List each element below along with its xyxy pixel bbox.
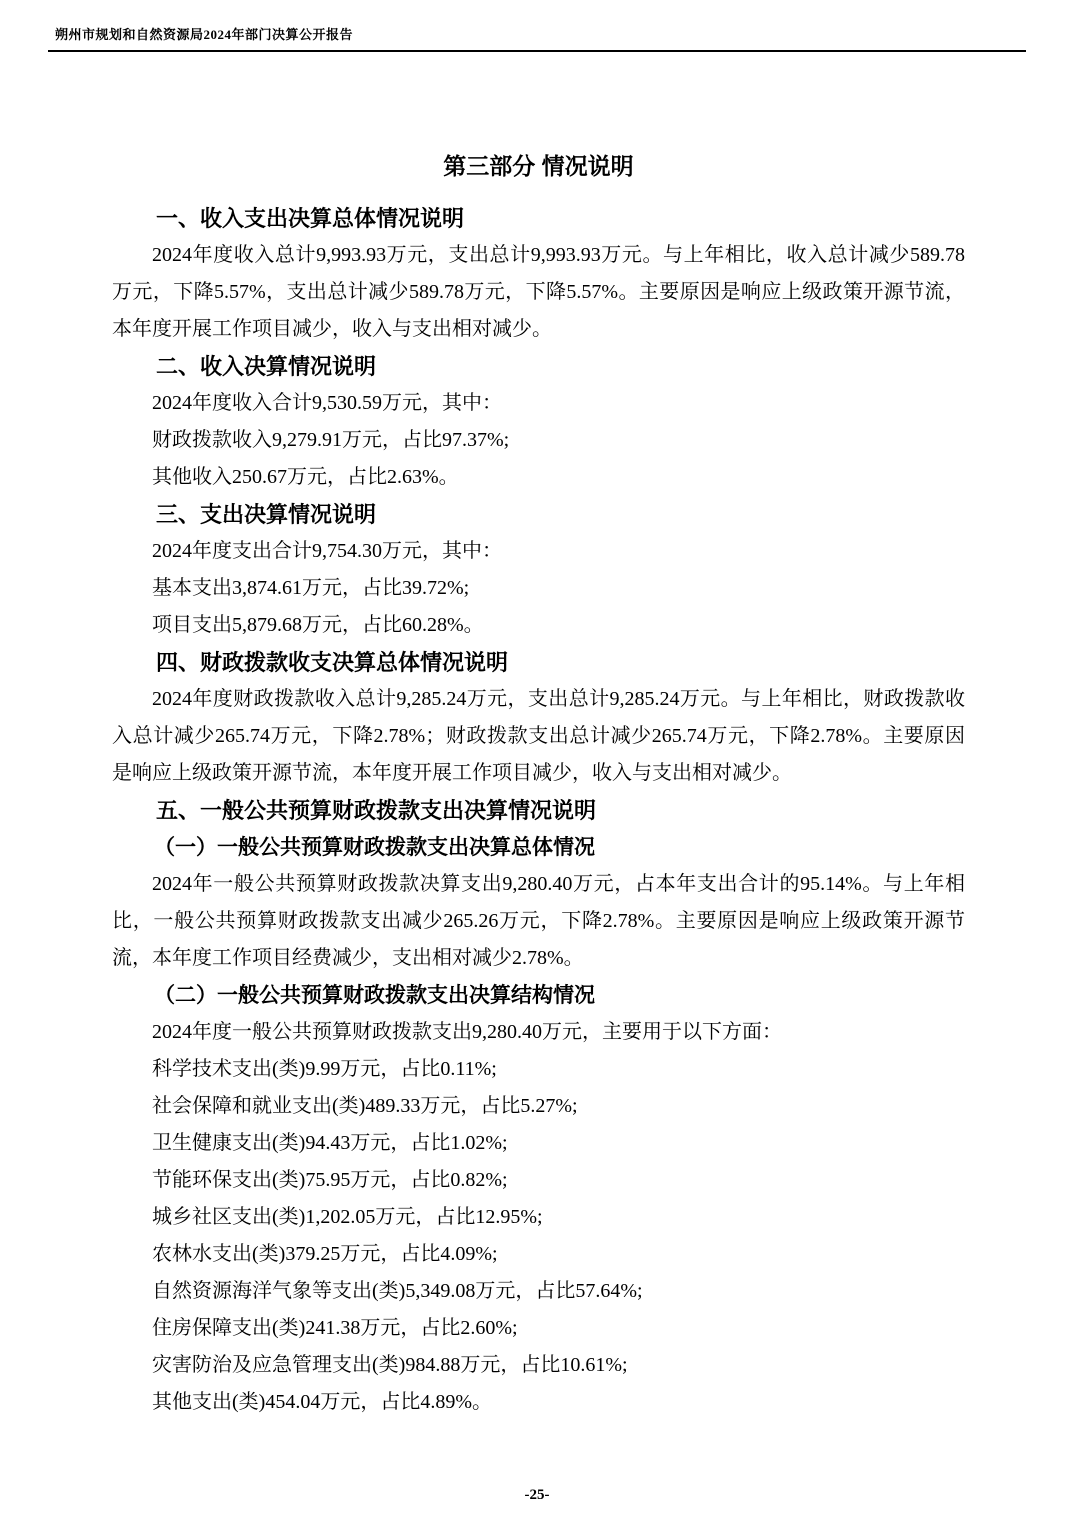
- subsection-heading-5-1: （一）一般公共预算财政拨款支出决算总体情况: [112, 829, 965, 866]
- page-header: 朔州市规划和自然资源局2024年部门决算公开报告: [48, 24, 1026, 52]
- paragraph: 基本支出3,874.61万元，占比39.72%;: [112, 570, 965, 607]
- part-title: 第三部分 情况说明: [112, 148, 965, 185]
- expenditure-item: 科学技术支出(类)9.99万元，占比0.11%;: [112, 1051, 965, 1088]
- paragraph: 项目支出5,879.68万元，占比60.28%。: [112, 607, 965, 644]
- expenditure-item: 住房保障支出(类)241.38万元，占比2.60%;: [112, 1310, 965, 1347]
- paragraph: 2024年度一般公共预算财政拨款支出9,280.40万元，主要用于以下方面：: [112, 1014, 965, 1051]
- section-heading-2: 二、收入决算情况说明: [112, 348, 965, 385]
- page-number: -25-: [525, 1487, 550, 1503]
- section-heading-3: 三、支出决算情况说明: [112, 496, 965, 533]
- expenditure-item: 农林水支出(类)379.25万元，占比4.09%;: [112, 1236, 965, 1273]
- paragraph: 2024年一般公共预算财政拨款决算支出9,280.40万元，占本年支出合计的95…: [112, 866, 965, 977]
- report-header-title: 朔州市规划和自然资源局2024年部门决算公开报告: [55, 27, 353, 42]
- expenditure-item: 其他支出(类)454.04万元，占比4.89%。: [112, 1384, 965, 1421]
- expenditure-item: 城乡社区支出(类)1,202.05万元，占比12.95%;: [112, 1199, 965, 1236]
- paragraph: 财政拨款收入9,279.91万元，占比97.37%;: [112, 422, 965, 459]
- expenditure-item: 自然资源海洋气象等支出(类)5,349.08万元，占比57.64%;: [112, 1273, 965, 1310]
- expenditure-item: 节能环保支出(类)75.95万元，占比0.82%;: [112, 1162, 965, 1199]
- paragraph: 2024年度财政拨款收入总计9,285.24万元，支出总计9,285.24万元。…: [112, 681, 965, 792]
- document-page: 朔州市规划和自然资源局2024年部门决算公开报告 第三部分 情况说明 一、收入支…: [0, 0, 1074, 1520]
- expenditure-item: 社会保障和就业支出(类)489.33万元，占比5.27%;: [112, 1088, 965, 1125]
- expenditure-item: 灾害防治及应急管理支出(类)984.88万元，占比10.61%;: [112, 1347, 965, 1384]
- section-heading-5: 五、一般公共预算财政拨款支出决算情况说明: [112, 792, 965, 829]
- paragraph: 2024年度收入合计9,530.59万元，其中：: [112, 385, 965, 422]
- section-heading-4: 四、财政拨款收支决算总体情况说明: [112, 644, 965, 681]
- section-heading-1: 一、收入支出决算总体情况说明: [112, 200, 965, 237]
- paragraph: 2024年度支出合计9,754.30万元，其中：: [112, 533, 965, 570]
- page-footer: -25-: [0, 1486, 1074, 1504]
- document-body: 第三部分 情况说明 一、收入支出决算总体情况说明 2024年度收入总计9,993…: [112, 148, 965, 1421]
- expenditure-item: 卫生健康支出(类)94.43万元，占比1.02%;: [112, 1125, 965, 1162]
- paragraph: 2024年度收入总计9,993.93万元，支出总计9,993.93万元。与上年相…: [112, 237, 965, 348]
- paragraph: 其他收入250.67万元，占比2.63%。: [112, 459, 965, 496]
- subsection-heading-5-2: （二）一般公共预算财政拨款支出决算结构情况: [112, 977, 965, 1014]
